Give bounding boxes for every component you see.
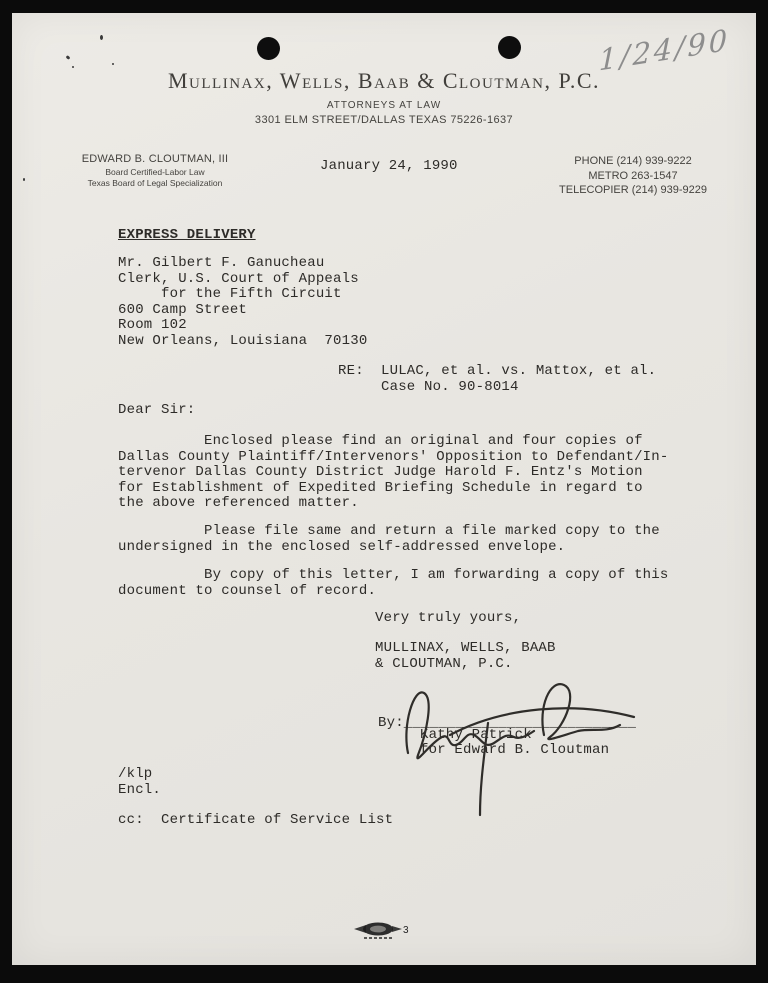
letterhead: Mullinax, Wells, Baab & Cloutman, P.C. A… [12, 13, 756, 126]
letterhead-tagline: ATTORNEYS AT LAW [12, 100, 756, 111]
firm-signature-block: MULLINAX, WELLS, BAAB & CLOUTMAN, P.C. [375, 641, 556, 672]
salutation: Dear Sir: [118, 403, 195, 419]
body-paragraph-1: Enclosed please find an original and fou… [118, 434, 669, 512]
cc-line: cc: Certificate of Service List [118, 813, 393, 829]
re-line: RE: LULAC, et al. vs. Mattox, et al. Cas… [338, 364, 656, 395]
closing: Very truly yours, [375, 611, 521, 627]
delivery-method: EXPRESS DELIVERY [118, 228, 256, 244]
recipient-address: Mr. Gilbert F. Ganucheau Clerk, U.S. Cou… [118, 256, 367, 349]
letter-page: 1/24/90 Mullinax, Wells, Baab & Cloutman… [12, 13, 756, 965]
scanned-letter: 1/24/90 Mullinax, Wells, Baab & Cloutman… [0, 0, 768, 983]
ink-speck [23, 178, 25, 181]
metro-line: METRO 263-1547 [528, 169, 738, 184]
stamp-mark: 3 [352, 919, 432, 945]
attorney-name: EDWARD B. CLOUTMAN, III [60, 153, 250, 165]
attorney-block: EDWARD B. CLOUTMAN, III Board Certified-… [60, 153, 250, 188]
firm-name: Mullinax, Wells, Baab & Cloutman, P.C. [12, 68, 756, 94]
signature-script [392, 673, 652, 823]
letterhead-address: 3301 ELM STREET/DALLAS TEXAS 75226-1637 [12, 114, 756, 126]
letter-date: January 24, 1990 [320, 159, 458, 175]
attorney-cert-1: Board Certified-Labor Law [60, 167, 250, 178]
attorney-cert-2: Texas Board of Legal Specialization [60, 178, 250, 189]
typist-initials: /klp Encl. [118, 767, 161, 798]
telecopier-line: TELECOPIER (214) 939-9229 [528, 183, 738, 198]
body-paragraph-3: By copy of this letter, I am forwarding … [118, 568, 669, 599]
contact-block: PHONE (214) 939-9222 METRO 263-1547 TELE… [528, 154, 738, 198]
body-paragraph-2: Please file same and return a file marke… [118, 524, 660, 555]
stamp-number: 3 [403, 925, 409, 936]
phone-line: PHONE (214) 939-9222 [528, 154, 738, 169]
